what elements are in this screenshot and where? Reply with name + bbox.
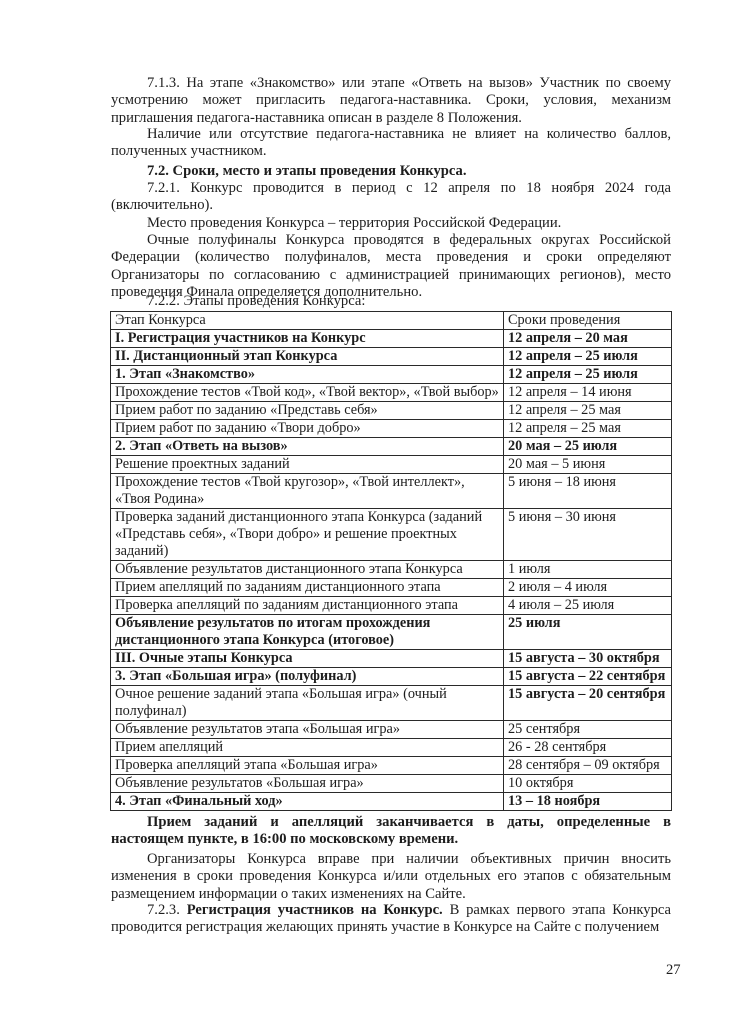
stage-cell: 4. Этап «Финальный ход»	[111, 793, 504, 811]
stage-cell: Решение проектных заданий	[111, 456, 504, 474]
table-row: Объявление результатов «Большая игра»10 …	[111, 775, 672, 793]
table-row: 4. Этап «Финальный ход»13 – 18 ноября	[111, 793, 672, 811]
paragraph-bold-title: Регистрация участников на Конкурс.	[187, 902, 443, 918]
paragraph-organizers-right: Организаторы Конкурса вправе при наличии…	[111, 851, 671, 903]
dates-cell: 25 июля	[504, 615, 672, 650]
table-row: Решение проектных заданий20 мая – 5 июня	[111, 456, 672, 474]
dates-cell: 12 апреля – 20 мая	[504, 330, 672, 348]
stage-cell: 1. Этап «Знакомство»	[111, 366, 504, 384]
table-row: III. Очные этапы Конкурса15 августа – 30…	[111, 650, 672, 668]
stage-cell: I. Регистрация участников на Конкурс	[111, 330, 504, 348]
dates-cell: 12 апреля – 25 июля	[504, 348, 672, 366]
dates-cell: 1 июля	[504, 561, 672, 579]
stage-cell: Прохождение тестов «Твой кругозор», «Тво…	[111, 474, 504, 509]
table-row: II. Дистанционный этап Конкурса12 апреля…	[111, 348, 672, 366]
paragraph-deadline-note: Прием заданий и апелляций заканчивается …	[111, 814, 671, 849]
dates-cell: 12 апреля – 25 мая	[504, 420, 672, 438]
stage-cell: 2. Этап «Ответь на вызов»	[111, 438, 504, 456]
table-row: Проверка заданий дистанционного этапа Ко…	[111, 509, 672, 561]
dates-cell: 20 мая – 25 июля	[504, 438, 672, 456]
stage-cell: II. Дистанционный этап Конкурса	[111, 348, 504, 366]
table-row: Прием апелляций26 - 28 сентября	[111, 739, 672, 757]
dates-cell: 4 июля – 25 июля	[504, 597, 672, 615]
stage-cell: Объявление результатов этапа «Большая иг…	[111, 721, 504, 739]
paragraph-7-2-1: 7.2.1. Конкурс проводится в период с 12 …	[111, 180, 671, 215]
dates-cell: 15 августа – 20 сентября	[504, 686, 672, 721]
dates-cell: 12 апреля – 25 мая	[504, 402, 672, 420]
dates-cell: 13 – 18 ноября	[504, 793, 672, 811]
table-row: 1. Этап «Знакомство»12 апреля – 25 июля	[111, 366, 672, 384]
stage-cell: 3. Этап «Большая игра» (полуфинал)	[111, 668, 504, 686]
header-stage: Этап Конкурса	[111, 312, 504, 330]
table-row: 3. Этап «Большая игра» (полуфинал)15 авг…	[111, 668, 672, 686]
paragraph-7-2-3: 7.2.3. Регистрация участников на Конкурс…	[111, 902, 671, 937]
stage-cell: III. Очные этапы Конкурса	[111, 650, 504, 668]
dates-cell: 12 апреля – 14 июня	[504, 384, 672, 402]
header-dates: Сроки проведения	[504, 312, 672, 330]
table-row: Прохождение тестов «Твой кругозор», «Тво…	[111, 474, 672, 509]
table-row: 2. Этап «Ответь на вызов»20 мая – 25 июл…	[111, 438, 672, 456]
stage-cell: Объявление результатов по итогам прохожд…	[111, 615, 504, 650]
table-row: Объявление результатов по итогам прохожд…	[111, 615, 672, 650]
section-heading-7-2: 7.2. Сроки, место и этапы проведения Кон…	[111, 163, 467, 180]
stage-cell: Прием апелляций по заданиям дистанционно…	[111, 579, 504, 597]
stage-cell: Объявление результатов дистанционного эт…	[111, 561, 504, 579]
paragraph-mentor-note: Наличие или отсутствие педагога-наставни…	[111, 126, 671, 161]
dates-cell: 15 августа – 30 октября	[504, 650, 672, 668]
table-header-row: Этап Конкурса Сроки проведения	[111, 312, 672, 330]
dates-cell: 20 мая – 5 июня	[504, 456, 672, 474]
table-row: Объявление результатов дистанционного эт…	[111, 561, 672, 579]
stage-cell: Очное решение заданий этапа «Большая игр…	[111, 686, 504, 721]
dates-cell: 12 апреля – 25 июля	[504, 366, 672, 384]
dates-cell: 2 июля – 4 июля	[504, 579, 672, 597]
paragraph-number: 7.2.3.	[147, 902, 180, 918]
stage-cell: Прием работ по заданию «Твори добро»	[111, 420, 504, 438]
dates-cell: 10 октября	[504, 775, 672, 793]
stage-cell: Проверка заданий дистанционного этапа Ко…	[111, 509, 504, 561]
dates-cell: 5 июня – 18 июня	[504, 474, 672, 509]
paragraph-semifinals: Очные полуфиналы Конкурса проводятся в ф…	[111, 232, 671, 302]
table-row: Прохождение тестов «Твой код», «Твой век…	[111, 384, 672, 402]
dates-cell: 26 - 28 сентября	[504, 739, 672, 757]
dates-cell: 5 июня – 30 июня	[504, 509, 672, 561]
stage-cell: Объявление результатов «Большая игра»	[111, 775, 504, 793]
table-row: Прием апелляций по заданиям дистанционно…	[111, 579, 672, 597]
stages-table-body: I. Регистрация участников на Конкурс12 а…	[111, 330, 672, 811]
paragraph-place: Место проведения Конкурса – территория Р…	[111, 215, 561, 232]
stage-cell: Прием апелляций	[111, 739, 504, 757]
table-row: I. Регистрация участников на Конкурс12 а…	[111, 330, 672, 348]
table-row: Очное решение заданий этапа «Большая игр…	[111, 686, 672, 721]
stage-cell: Прием работ по заданию «Представь себя»	[111, 402, 504, 420]
dates-cell: 25 сентября	[504, 721, 672, 739]
table-row: Прием работ по заданию «Представь себя»1…	[111, 402, 672, 420]
stage-cell: Проверка апелляций этапа «Большая игра»	[111, 757, 504, 775]
stage-cell: Проверка апелляций по заданиям дистанцио…	[111, 597, 504, 615]
paragraph-7-1-3: 7.1.3. На этапе «Знакомство» или этапе «…	[111, 75, 671, 127]
table-row: Проверка апелляций по заданиям дистанцио…	[111, 597, 672, 615]
stage-cell: Прохождение тестов «Твой код», «Твой век…	[111, 384, 504, 402]
paragraph-7-2-2: 7.2.2. Этапы проведения Конкурса:	[111, 293, 365, 310]
table-row: Объявление результатов этапа «Большая иг…	[111, 721, 672, 739]
dates-cell: 28 сентября – 09 октября	[504, 757, 672, 775]
table-row: Проверка апелляций этапа «Большая игра»2…	[111, 757, 672, 775]
dates-cell: 15 августа – 22 сентября	[504, 668, 672, 686]
page-number: 27	[666, 962, 681, 979]
table-row: Прием работ по заданию «Твори добро»12 а…	[111, 420, 672, 438]
stages-table: Этап Конкурса Сроки проведения I. Регист…	[110, 311, 672, 811]
